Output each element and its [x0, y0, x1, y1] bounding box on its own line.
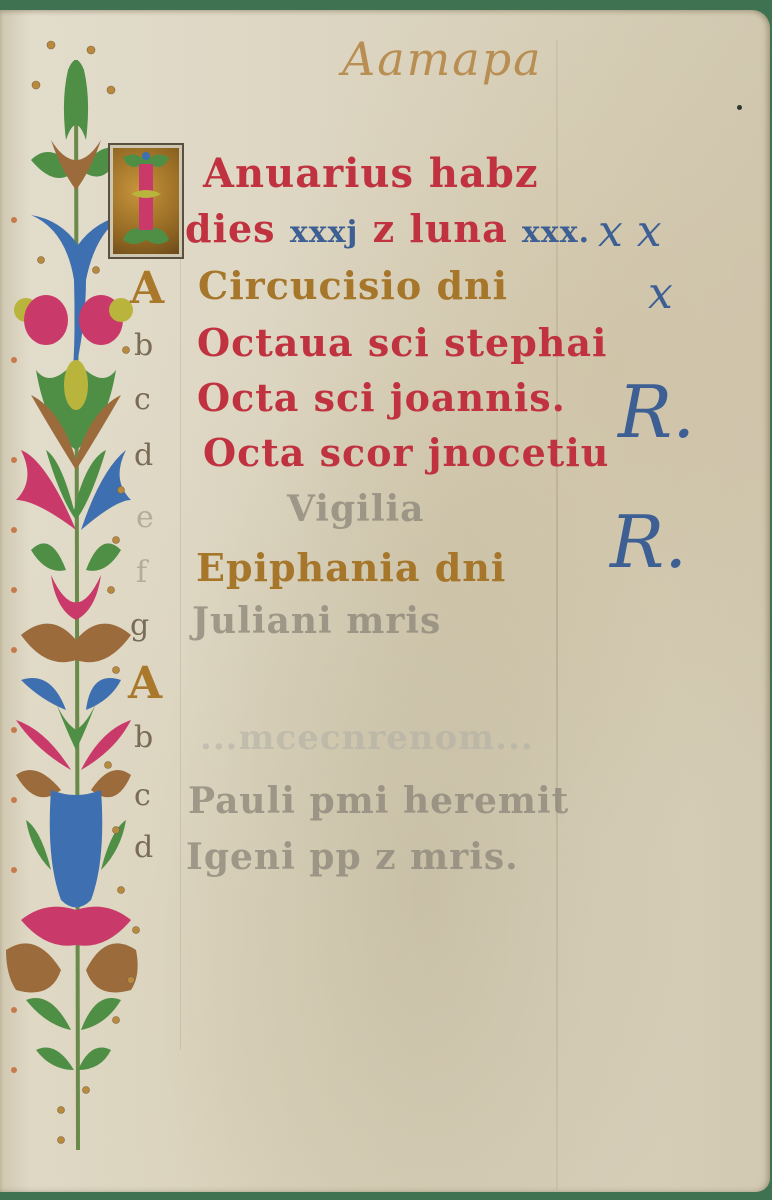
text-line-igini: Igeni pp z mris. — [186, 836, 519, 878]
dominical-letter: c — [134, 382, 151, 417]
dominical-letter: c — [134, 778, 151, 813]
initial-i-icon — [113, 148, 179, 254]
luna-number: xxx. — [522, 215, 590, 250]
dominical-letter: A — [128, 658, 162, 709]
dies-number: xxxj — [290, 215, 359, 250]
text-line-dies: dies xxxj z luna xxx. — [185, 206, 590, 251]
dominical-letter: g — [130, 608, 149, 643]
show-through-text: ...mcecnrenom... — [200, 718, 534, 758]
dominical-letter: A — [130, 263, 164, 314]
luna-word: z luna — [373, 206, 508, 251]
manuscript-page: Aamapa Anuarius habz dies xxxj z luna xx… — [0, 10, 770, 1192]
margin-note: x x — [598, 206, 662, 257]
ink-spot — [737, 105, 742, 110]
ruling-line — [180, 170, 181, 1050]
later-inscription: Aamapa — [342, 32, 543, 86]
text-line-octava-joannis: Octa sci joannis. — [197, 375, 566, 420]
text-line-juliani: Juliani mris — [192, 600, 441, 642]
dominical-letter: e — [136, 500, 154, 535]
illuminated-initial — [108, 143, 184, 259]
text-line-vigilia: Vigilia — [287, 488, 425, 530]
dominical-letter: b — [134, 328, 153, 363]
text-line-circumcisio: Circucisio dni — [198, 263, 508, 308]
text-line-octava-stephani: Octaua sci stephai — [197, 320, 607, 365]
dies-word: dies — [185, 206, 276, 251]
dominical-letter: d — [134, 438, 153, 473]
text-line-epiphania: Epiphania dni — [196, 545, 506, 590]
text-line-pauli-eremite: Pauli pmi heremit — [188, 780, 569, 822]
margin-note: R. — [610, 500, 687, 584]
dominical-letter: d — [134, 830, 153, 865]
text-line-januarius: Anuarius habz — [203, 150, 539, 197]
dominical-letter: f — [136, 555, 147, 590]
margin-note: x — [648, 268, 673, 319]
text-line-octava-innocentium: Octa scor jnocetiu — [203, 430, 609, 475]
dominical-letter: b — [134, 720, 153, 755]
margin-note: R. — [618, 370, 695, 454]
